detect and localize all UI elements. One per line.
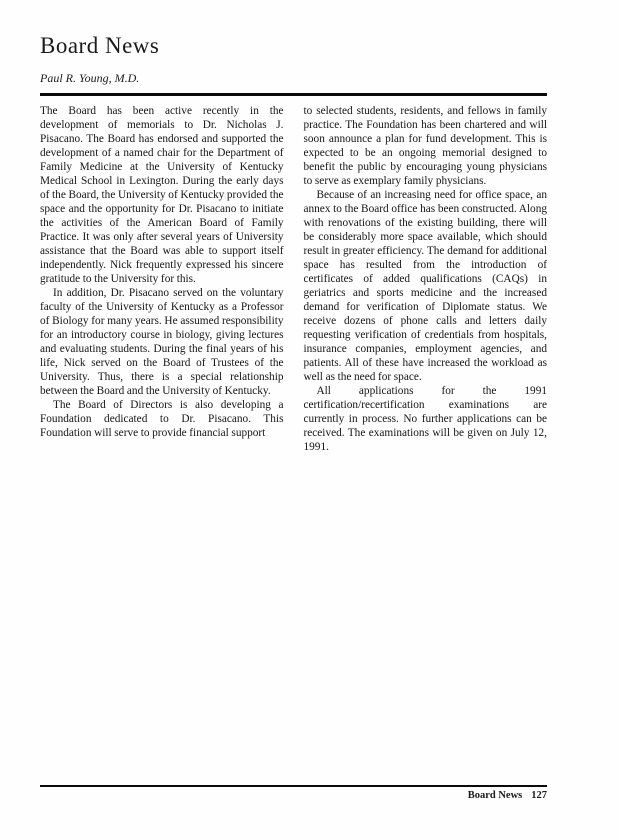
paragraph: All applications for the 1991 certificat… xyxy=(304,384,548,454)
running-footer: Board News127 xyxy=(40,790,547,802)
paragraph: Because of an increasing need for office… xyxy=(304,188,548,384)
left-column: The Board has been active recently in th… xyxy=(40,104,284,454)
header-rule xyxy=(40,93,547,96)
author-byline: Paul R. Young, M.D. xyxy=(40,72,547,85)
footer-page-number: 127 xyxy=(531,790,547,801)
paragraph: The Board has been active recently in th… xyxy=(40,104,284,286)
page-title: Board News xyxy=(40,34,547,58)
article-body: The Board has been active recently in th… xyxy=(40,104,547,454)
page-footer: Board News127 xyxy=(40,785,547,802)
paragraph: The Board of Directors is also developin… xyxy=(40,398,284,440)
footer-running-title: Board News xyxy=(468,790,523,801)
right-column: to selected students, residents, and fel… xyxy=(304,104,548,454)
document-page: Board News Paul R. Young, M.D. The Board… xyxy=(0,0,620,839)
paragraph: In addition, Dr. Pisacano served on the … xyxy=(40,286,284,398)
paragraph: to selected students, residents, and fel… xyxy=(304,104,548,188)
